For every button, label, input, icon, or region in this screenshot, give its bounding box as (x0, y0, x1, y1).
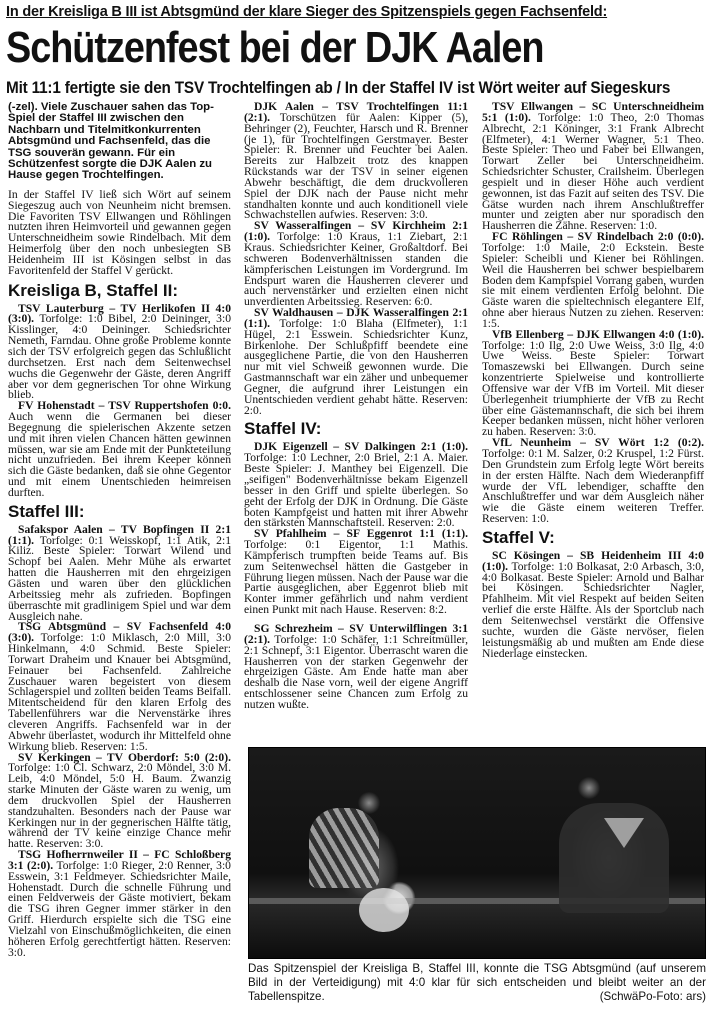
lead-paragraph: (-zel). Viele Zuschauer sahen das Top-Sp… (8, 102, 231, 182)
match-report: DJK Aalen – TSV Trochtelfingen 11:1 (2:1… (244, 102, 468, 221)
match-report: SV Wasseralfingen – SV Kirchheim 2:1 (1:… (244, 221, 468, 308)
intro-paragraph: In der Staffel IV ließ sich Wört auf sei… (8, 190, 231, 277)
match-text: Torfolge: 1:0 Theo, 2:0 Thomas Albrecht,… (482, 111, 704, 232)
match-report: SV Waldhausen – DJK Wasseralfingen 2:1 (… (244, 308, 468, 416)
headline: Schützenfest bei der DJK Aalen (6, 22, 543, 74)
match-report: TSG Hofherrnweiler II – FC Schloßberg 3:… (8, 850, 231, 958)
column-2: DJK Aalen – TSV Trochtelfingen 11:1 (2:1… (244, 102, 468, 711)
match-text: Torfolge: 1:0 Cl. Schwarz, 2:0 Möndel, 3… (8, 761, 231, 850)
match-photo (248, 747, 706, 959)
match-text: Torfolge: 1:0 Kraus, 1:1 Ziebart, 2:1 Kr… (244, 230, 468, 308)
match-report: FC Röhlingen – SV Rindelbach 2:0 (0:0). … (482, 232, 704, 330)
match-text: Torfolge: 1:0 Rieger, 2:0 Renner, 3:0 Es… (8, 859, 231, 959)
match-text: Torfolge: 1:0 Maile, 2:0 Eckstein. Beste… (482, 241, 704, 330)
photo-ball (359, 888, 409, 932)
match-report: VfL Neunheim – SV Wört 1:2 (0:2). Torfol… (482, 438, 704, 525)
match-text: Torfolge: 0:1 Eigentor, 1:1 Mathis. Kämp… (244, 538, 468, 616)
column-3: TSV Ellwangen – SC Unterschneidheim 5:1 … (482, 102, 704, 659)
match-report: SV Pfahlheim – SF Eggenrot 1:1 (1:1). To… (244, 529, 468, 616)
match-text: Torfolge: 1:0 Schäfer, 1:1 Schreitmüller… (244, 633, 468, 711)
photo-player-striped (309, 808, 379, 888)
kicker-line: In der Kreisliga B III ist Abtsgmünd der… (6, 4, 706, 20)
subheadline: Mit 11:1 fertigte sie den TSV Trochtelfi… (6, 78, 670, 98)
section-heading-staffel-3: Staffel III: (8, 502, 231, 522)
match-text: Torfolge: 1:0 Blaha (Elfmeter), 1:1 Hüge… (244, 317, 468, 417)
match-report: VfB Ellenberg – DJK Ellwangen 4:0 (1:0).… (482, 330, 704, 438)
match-text: Torfolge: 1:0 Lechner, 2:0 Briel, 2:1 A.… (244, 451, 468, 529)
match-report: FV Hohenstadt – TSV Ruppertshofen 0:0. A… (8, 401, 231, 499)
match-report: TSV Lauterburg – TV Herlikofen II 4:0 (3… (8, 304, 231, 402)
match-text: Torfolge: 1:0 Bolkasat, 2:0 Arbasch, 3:0… (482, 560, 704, 660)
match-report: Safakspor Aalen – TV Bopfingen II 2:1 (1… (8, 525, 231, 623)
match-report: TSV Ellwangen – SC Unterschneidheim 5:1 … (482, 102, 704, 232)
section-heading-staffel-5: Staffel V: (482, 528, 704, 548)
match-report: TSG Abtsgmünd – SV Fachsenfeld 4:0 (3:0)… (8, 622, 231, 752)
match-report: SG Schrezheim – SV Unterwilflingen 3:1 (… (244, 624, 468, 711)
section-heading-staffel-2: Kreisliga B, Staffel II: (8, 281, 231, 301)
section-heading-staffel-4: Staffel IV: (244, 419, 468, 439)
match-text: Auch wenn die Germanen bei dieser Begegn… (8, 410, 231, 499)
column-1: (-zel). Viele Zuschauer sahen das Top-Sp… (8, 102, 231, 959)
photo-caption: Das Spitzenspiel der Kreisliga B, Staffe… (248, 962, 706, 1004)
match-report: DJK Eigenzell – SV Dalkingen 2:1 (1:0). … (244, 442, 468, 529)
match-report: SV Kerkingen – TV Oberdorf: 5:0 (2:0). T… (8, 753, 231, 851)
match-text: Torfolge: 1:0 Bibel, 2:0 Deininger, 3:0 … (8, 312, 231, 401)
match-text: Torfolge: 0:1 M. Salzer, 0:2 Kruspel, 1:… (482, 447, 704, 525)
match-report: SC Kösingen – SB Heidenheim III 4:0 (1:0… (482, 551, 704, 659)
match-text: Torfolge: 1:0 Miklasch, 2:0 Mill, 3:0 Hi… (8, 631, 231, 752)
match-text: Torfolge: 0:1 Weisskopf, 1:1 Atik, 2:1 K… (8, 534, 231, 623)
match-text: Torfolge: 1:0 Ilg, 2:0 Uwe Weiss, 3:0 Il… (482, 339, 704, 439)
match-text: Torschützen für Aalen: Kipper (5), Behri… (244, 111, 468, 222)
